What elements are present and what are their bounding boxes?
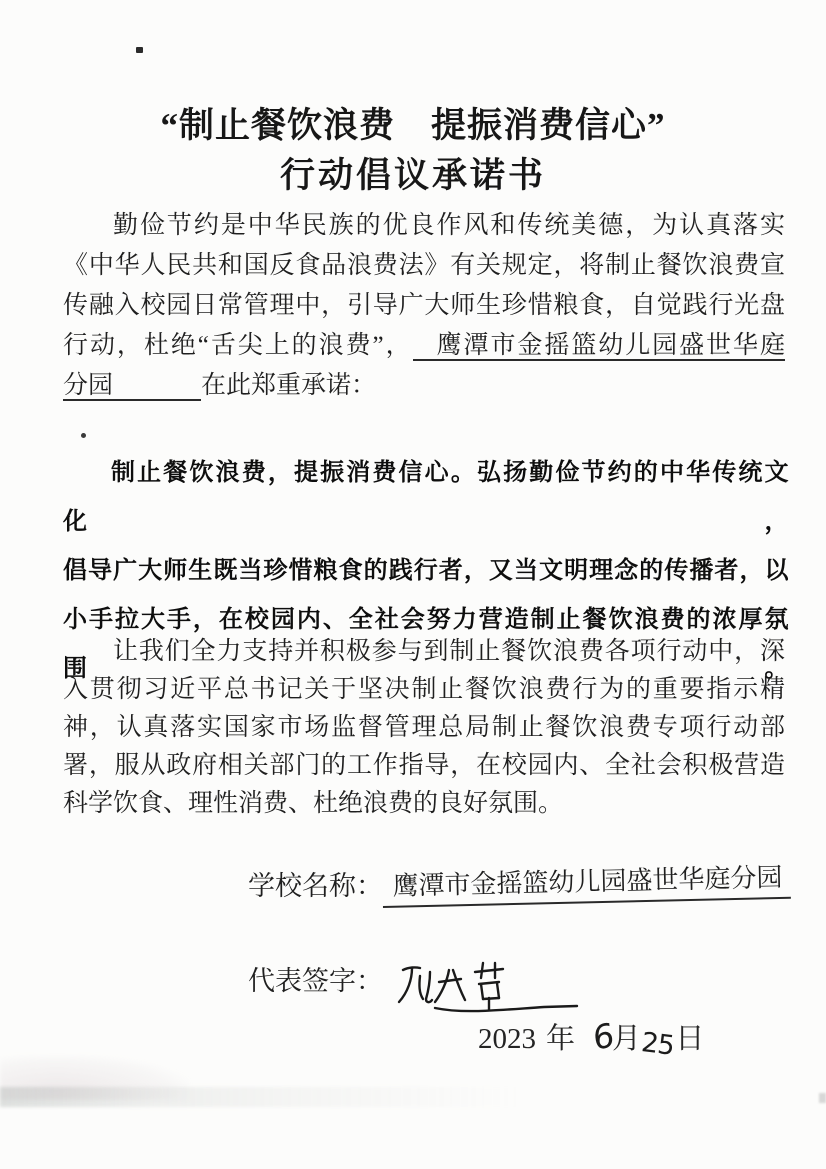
action-line-2: 入贯彻习近平总书记关于坚决制止餐饮浪费行为的重要指示精: [63, 671, 785, 709]
date-year: 2023: [478, 1023, 536, 1055]
date-month-suffix: 月: [612, 1023, 641, 1055]
intro-paragraph: 勤俭节约是中华民族的优良作风和传统美德，为认真落实 《中华人民共和国反食品浪费法…: [63, 206, 785, 406]
action-line-3: 神，认真落实国家市场监督管理总局制止餐饮浪费专项行动部: [63, 709, 785, 747]
action-line-1: 让我们全力支持并积极参与到制止餐饮浪费各项行动中，深: [63, 633, 785, 671]
date-line: 2023年6月25日: [478, 1016, 704, 1057]
ink-dot-artifact-top: [136, 47, 143, 53]
scanned-pledge-document: “制止餐饮浪费 提振消费信心” 行动倡议承诺书 勤俭节约是中华民族的优良作风和传…: [0, 0, 826, 1169]
scan-smudge-band: [0, 1087, 520, 1107]
action-paragraph: 让我们全力支持并积极参与到制止餐饮浪费各项行动中，深 入贯彻习近平总书记关于坚决…: [63, 633, 785, 823]
title-line-2: 行动倡议承诺书: [0, 151, 826, 201]
school-name-line: 学校名称：鹰潭市金摇篮幼儿园盛世华庭分园: [248, 864, 791, 908]
date-year-suffix: 年: [546, 1023, 575, 1055]
handwritten-signature: [389, 954, 589, 1020]
intro-line-5-text: 在此郑重承诺：: [201, 372, 376, 399]
intro-line-4: 行动，杜绝“舌尖上的浪费”，鹰潭市金摇篮幼儿园盛世华庭: [63, 326, 785, 366]
signature-line: 代表签字：: [248, 954, 589, 998]
date-day-suffix: 日: [675, 1023, 704, 1055]
handwritten-month-value: 6: [591, 1015, 615, 1058]
school-name-value: 鹰潭市金摇篮幼儿园盛世华庭分园: [382, 857, 791, 908]
pledge-line-2: 倡导广大师生既当珍惜粮食的践行者，又当文明理念的传播者，以: [63, 546, 789, 595]
school-name-underlined-part1: 鹰潭市金摇篮幼儿园盛世华庭: [413, 332, 785, 361]
ink-dot-artifact-middle: [81, 433, 86, 438]
intro-line-2: 《中华人民共和国反食品浪费法》有关规定，将制止餐饮浪费宣: [63, 246, 785, 286]
handwritten-day-value: 25: [640, 1027, 676, 1062]
action-line-4: 署，服从政府相关部门的工作指导，在校园内、全社会积极营造: [63, 747, 785, 785]
intro-line-1: 勤俭节约是中华民族的优良作风和传统美德，为认真落实: [63, 206, 785, 246]
signature-label: 代表签字：: [248, 966, 383, 996]
school-name-underlined-part2: 分园: [63, 372, 201, 401]
intro-line-3: 传融入校园日常管理中，引导广大师生珍惜粮食，自觉践行光盘: [63, 286, 785, 326]
pledge-line-1: 制止餐饮浪费，提振消费信心。弘扬勤俭节约的中华传统文化，: [63, 448, 789, 546]
scan-edge-mark: [819, 1093, 826, 1103]
intro-line-5: 分园在此郑重承诺：: [63, 366, 785, 406]
school-name-label: 学校名称：: [248, 871, 383, 901]
document-title: “制止餐饮浪费 提振消费信心” 行动倡议承诺书: [0, 101, 826, 201]
title-line-1: “制止餐饮浪费 提振消费信心”: [0, 101, 826, 151]
intro-line-4-text: 行动，杜绝“舌尖上的浪费”，: [63, 332, 413, 359]
action-line-5: 科学饮食、理性消费、杜绝浪费的良好氛围。: [63, 785, 785, 823]
